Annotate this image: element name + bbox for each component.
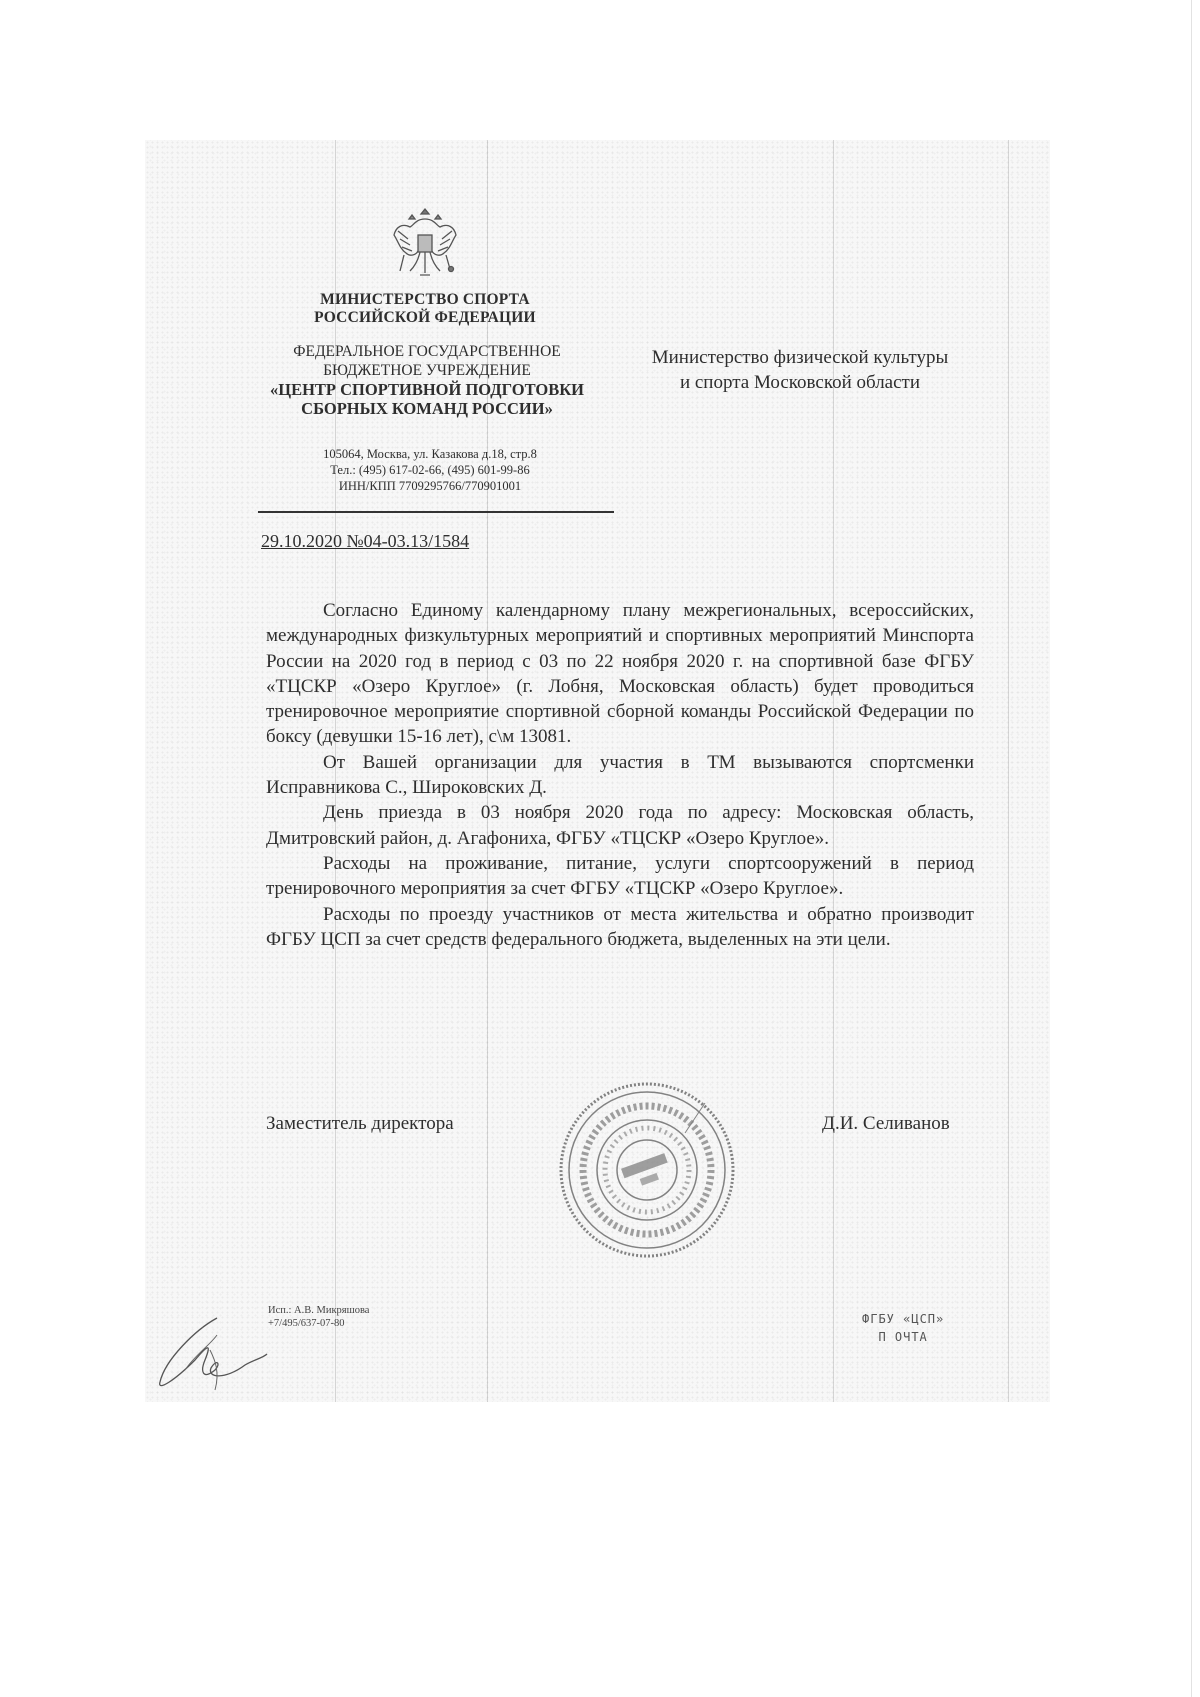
phone: Тел.: (495) 617-02-66, (495) 601-99-86 — [280, 462, 580, 478]
executor-name: Исп.: А.В. Микряшова — [268, 1304, 369, 1317]
paragraph: День приезда в 03 ноября 2020 года по ад… — [266, 800, 974, 851]
paragraph: Согласно Единому календарному плану межр… — [266, 598, 974, 750]
letter-body: Согласно Единому календарному плану межр… — [266, 598, 974, 952]
signer-name: Д.И. Селиванов — [822, 1113, 950, 1135]
inn-kpp: ИНН/КПП 7709295766/770901001 — [280, 478, 580, 494]
registration-date: 29.10.2020 — [261, 531, 342, 551]
registration-line: 29.10.2020 №04-03.13/1584 — [261, 531, 469, 552]
page-edge — [1191, 0, 1192, 1697]
coat-of-arms-icon — [390, 205, 460, 280]
official-seal-icon — [555, 1078, 740, 1263]
registration-number: №04-03.13/1584 — [347, 531, 470, 551]
executor-info: Исп.: А.В. Микряшова +7/495/637-07-80 — [268, 1304, 369, 1330]
ministry-name: МИНИСТЕРСТВО СПОРТА РОССИЙСКОЙ ФЕДЕРАЦИИ — [270, 291, 580, 327]
signer-title: Заместитель директора — [266, 1113, 454, 1135]
mail-stamp: ФГБУ «ЦСП» П ОЧТА — [862, 1310, 944, 1346]
autograph-icon — [155, 1310, 270, 1395]
recipient: Министерство физической культуры и спорт… — [630, 345, 970, 395]
fold-line — [1008, 140, 1009, 1402]
organization-contacts: 105064, Москва, ул. Казакова д.18, стр.8… — [280, 446, 580, 494]
executor-phone: +7/495/637-07-80 — [268, 1317, 369, 1330]
address: 105064, Москва, ул. Казакова д.18, стр.8 — [280, 446, 580, 462]
paragraph: От Вашей организации для участия в ТМ вы… — [266, 750, 974, 801]
letterhead-divider — [258, 511, 614, 513]
organization-name: ФЕДЕРАЛЬНОЕ ГОСУДАРСТВЕННОЕ БЮДЖЕТНОЕ УЧ… — [262, 342, 592, 418]
paragraph: Расходы на проживание, питание, услуги с… — [266, 851, 974, 902]
paragraph: Расходы по проезду участников от места ж… — [266, 902, 974, 953]
